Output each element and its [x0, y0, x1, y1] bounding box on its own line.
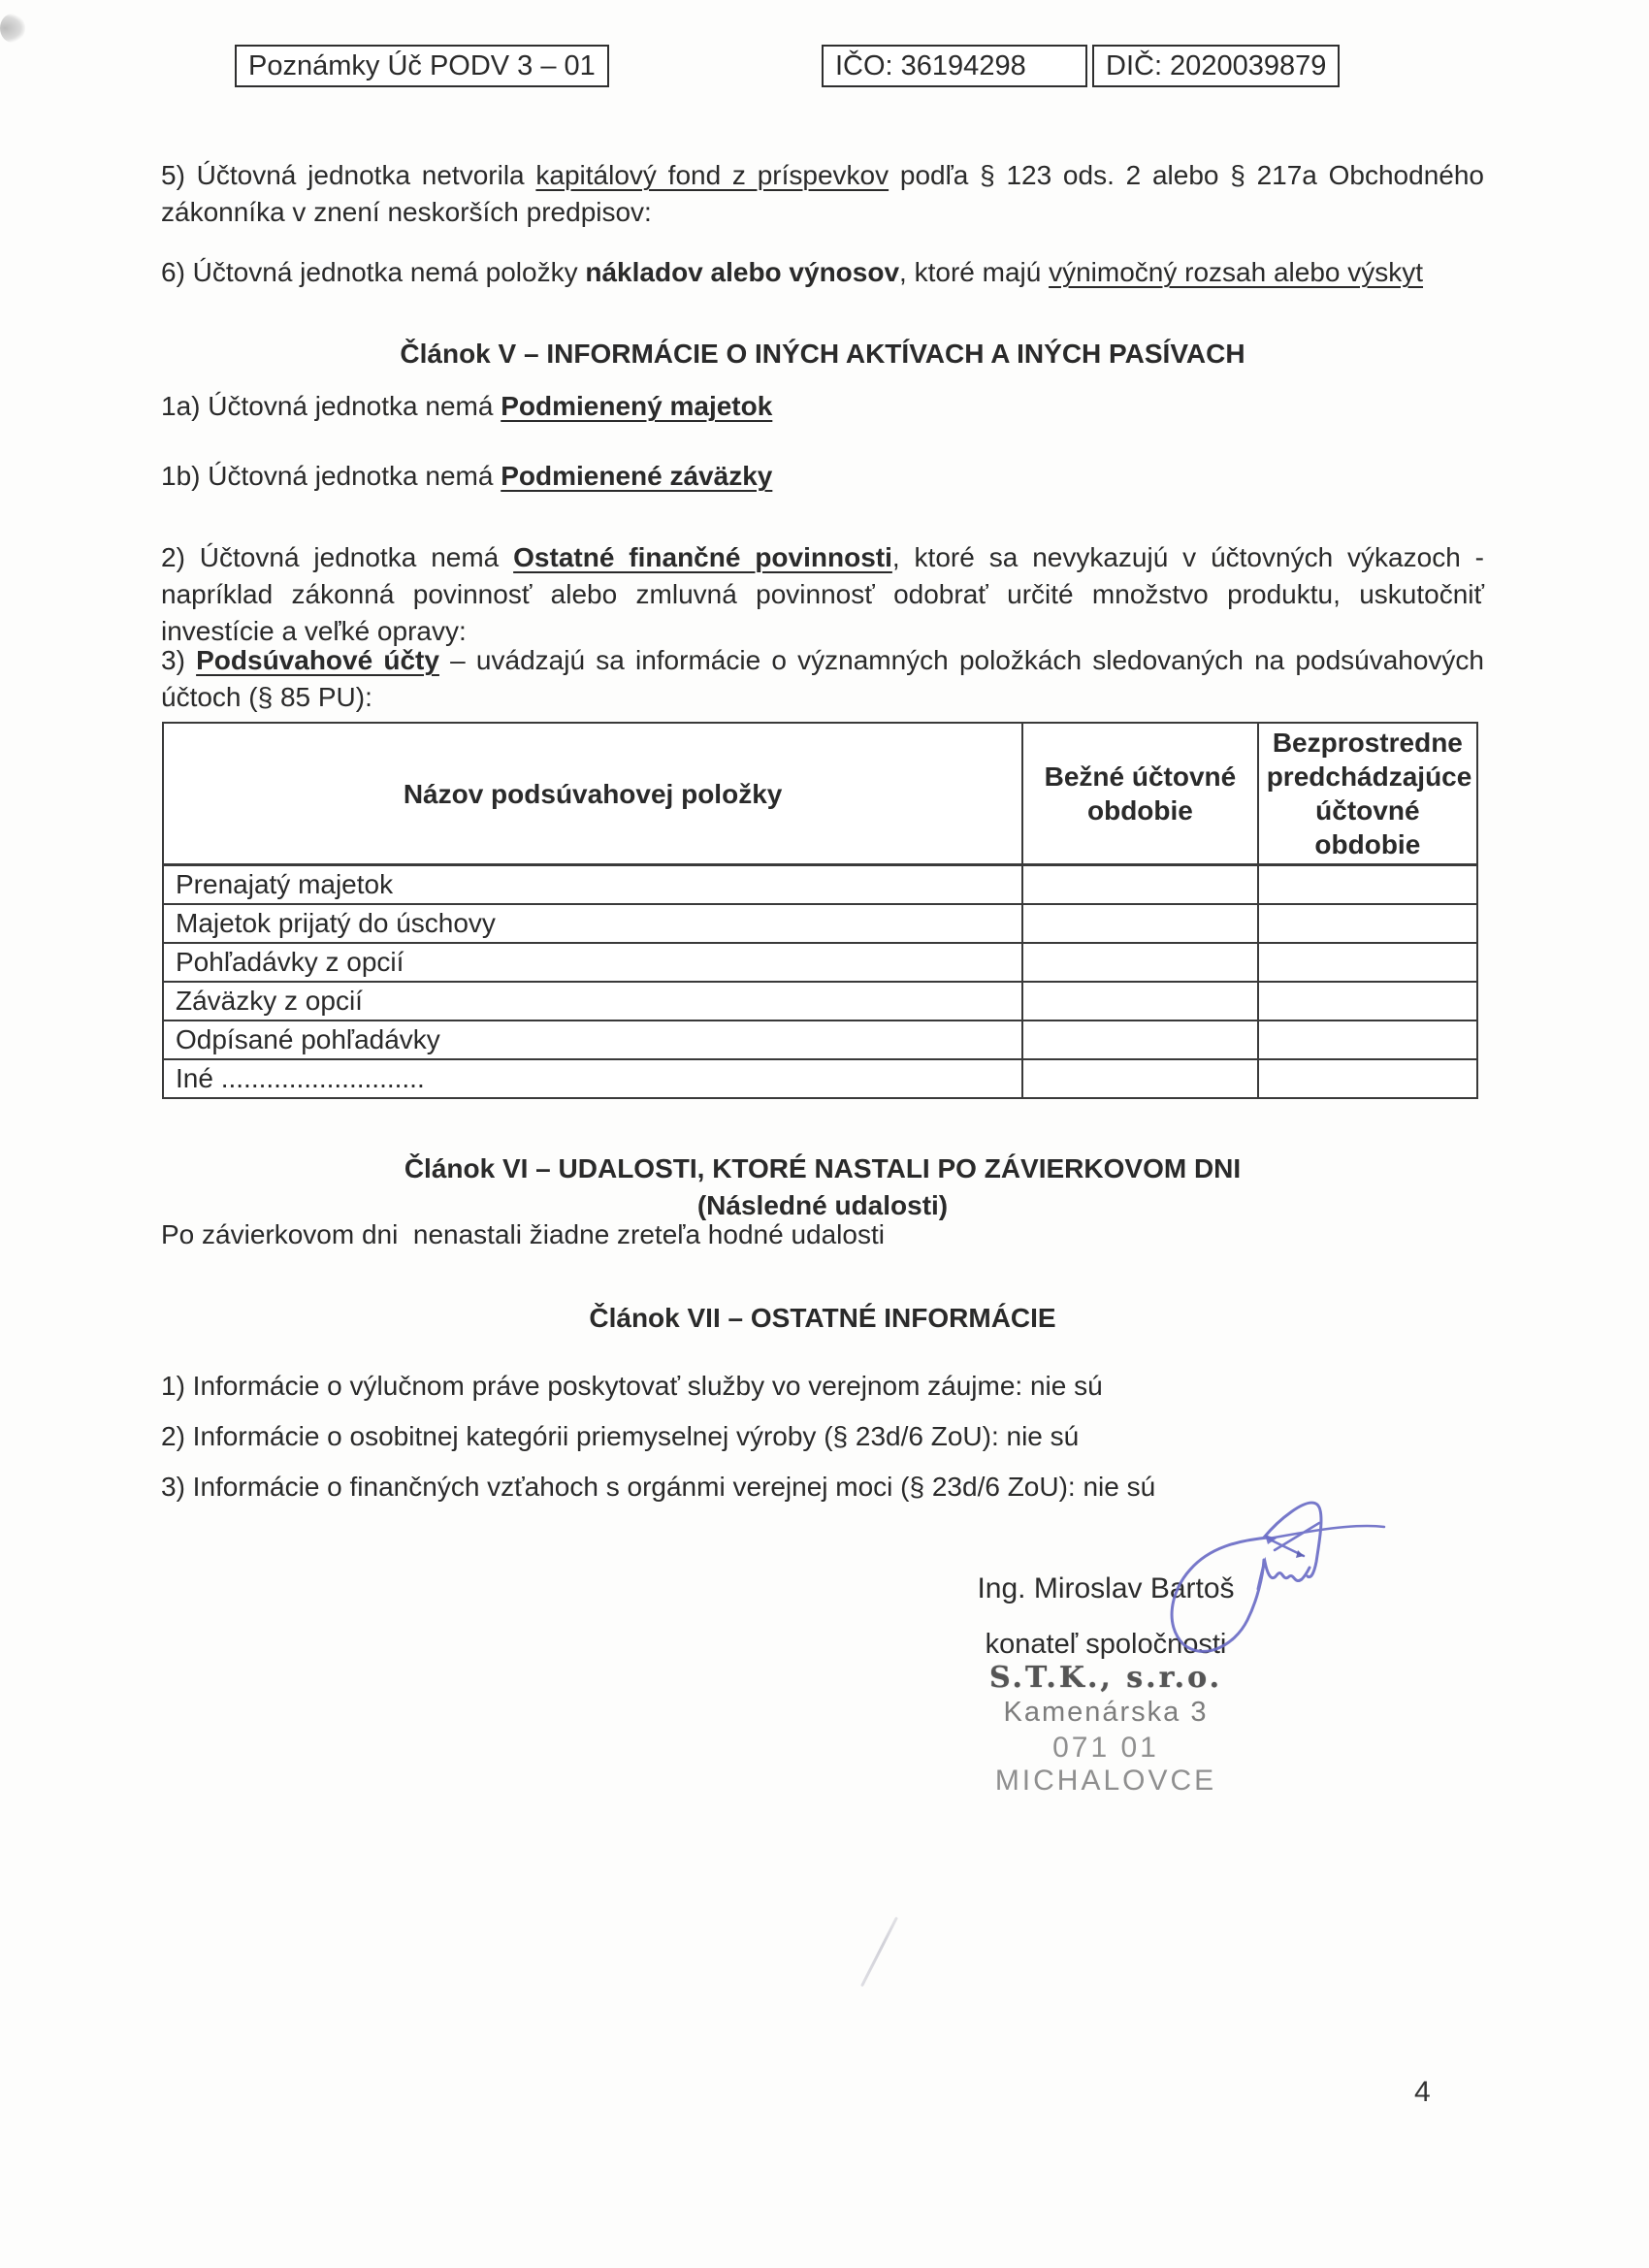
paragraph-6-underlined: výnimočný rozsah alebo výskyt — [1049, 257, 1423, 287]
paragraph-2-emphasis: Ostatné finančné povinnosti — [513, 542, 892, 572]
scan-scratch — [860, 1917, 898, 1988]
paragraph-6: 6) Účtovná jednotka nemá položky náklado… — [161, 254, 1484, 291]
table-row: Odpísané pohľadávky — [163, 1021, 1477, 1059]
paragraph-1a-emphasis: Podmienený majetok — [501, 391, 772, 421]
row-current-value — [1022, 1059, 1258, 1098]
row-name: Odpísané pohľadávky — [163, 1021, 1022, 1059]
article-vii-title: Článok VII – OSTATNÉ INFORMÁCIE — [161, 1300, 1484, 1337]
paragraph-6-text: 6) Účtovná jednotka nemá položky — [161, 257, 585, 287]
row-current-value — [1022, 904, 1258, 943]
ico-value: IČO: 36194298 — [835, 48, 1026, 84]
article-vii-item-2: 2) Informácie o osobitnej kategórii prie… — [161, 1418, 1484, 1455]
row-current-value — [1022, 865, 1258, 905]
row-current-value — [1022, 1021, 1258, 1059]
paragraph-5-underlined: kapitálový fond z príspevkov — [535, 160, 889, 190]
form-label-box: Poznámky Úč PODV 3 – 01 — [235, 45, 609, 87]
article-vi-body: Po závierkovom dni nenastali žiadne zret… — [161, 1216, 1484, 1253]
paragraph-5: 5) Účtovná jednotka netvorila kapitálový… — [161, 157, 1484, 231]
column-header-current-period: Bežné účtovné obdobie — [1022, 723, 1258, 865]
row-name: Pohľadávky z opcií — [163, 943, 1022, 982]
row-name: Záväzky z opcií — [163, 982, 1022, 1021]
row-previous-value — [1258, 943, 1477, 982]
row-current-value — [1022, 943, 1258, 982]
article-v-title: Článok V – INFORMÁCIE O INÝCH AKTÍVACH A… — [161, 336, 1484, 373]
paragraph-2-text: 2) Účtovná jednotka nemá — [161, 542, 513, 572]
table-row: Iné ........................... — [163, 1059, 1477, 1098]
row-previous-value — [1258, 1059, 1477, 1098]
form-label: Poznámky Úč PODV 3 – 01 — [248, 48, 596, 84]
stamp-city: 071 01 MICHALOVCE — [946, 1732, 1266, 1798]
scan-smudge — [0, 14, 25, 43]
row-current-value — [1022, 982, 1258, 1021]
row-name: Prenajatý majetok — [163, 865, 1022, 905]
ico-box: IČO: 36194298 — [822, 45, 1087, 87]
off-balance-table-wrapper: Názov podsúvahovej položky Bežné účtovné… — [162, 722, 1478, 1099]
article-vii-item-1: 1) Informácie o výlučnom práve poskytova… — [161, 1368, 1484, 1405]
table-row: Majetok prijatý do úschovy — [163, 904, 1477, 943]
row-previous-value — [1258, 1021, 1477, 1059]
paragraph-6-mid: , ktoré majú — [899, 257, 1049, 287]
row-name: Majetok prijatý do úschovy — [163, 904, 1022, 943]
row-previous-value — [1258, 865, 1477, 905]
row-previous-value — [1258, 904, 1477, 943]
article-vi-title: Článok VI – UDALOSTI, KTORÉ NASTALI PO Z… — [161, 1150, 1484, 1187]
table-row: Pohľadávky z opcií — [163, 943, 1477, 982]
paragraph-3-text: 3) — [161, 645, 196, 675]
paragraph-1a-text: 1a) Účtovná jednotka nemá — [161, 391, 501, 421]
page-number: 4 — [1414, 2074, 1431, 2111]
paragraph-3-emphasis: Podsúvahové účty — [196, 645, 439, 675]
row-previous-value — [1258, 982, 1477, 1021]
dic-value: DIČ: 2020039879 — [1106, 48, 1326, 84]
column-header-previous-period: Bezprostredne predchádzajúce účtovné obd… — [1258, 723, 1477, 865]
dic-box: DIČ: 2020039879 — [1092, 45, 1340, 87]
table-row: Záväzky z opcií — [163, 982, 1477, 1021]
paragraph-1b: 1b) Účtovná jednotka nemá Podmienené záv… — [161, 458, 1484, 495]
handwritten-signature — [1117, 1494, 1408, 1707]
table-row: Prenajatý majetok — [163, 865, 1477, 905]
paragraph-1a: 1a) Účtovná jednotka nemá Podmienený maj… — [161, 388, 1484, 425]
column-header-item-name: Názov podsúvahovej položky — [163, 723, 1022, 865]
off-balance-table: Názov podsúvahovej položky Bežné účtovné… — [162, 722, 1478, 1099]
paragraph-1b-emphasis: Podmienené záväzky — [501, 461, 772, 491]
paragraph-5-text: 5) Účtovná jednotka netvorila — [161, 160, 535, 190]
paragraph-1b-text: 1b) Účtovná jednotka nemá — [161, 461, 501, 491]
document-page: Poznámky Úč PODV 3 – 01 IČO: 36194298 DI… — [0, 0, 1649, 2268]
paragraph-6-bold: nákladov alebo výnosov — [585, 257, 899, 287]
paragraph-2: 2) Účtovná jednotka nemá Ostatné finančn… — [161, 539, 1484, 650]
row-name: Iné ........................... — [163, 1059, 1022, 1098]
paragraph-3: 3) Podsúvahové účty – uvádzajú sa inform… — [161, 642, 1484, 716]
table-header-row: Názov podsúvahovej položky Bežné účtovné… — [163, 723, 1477, 865]
